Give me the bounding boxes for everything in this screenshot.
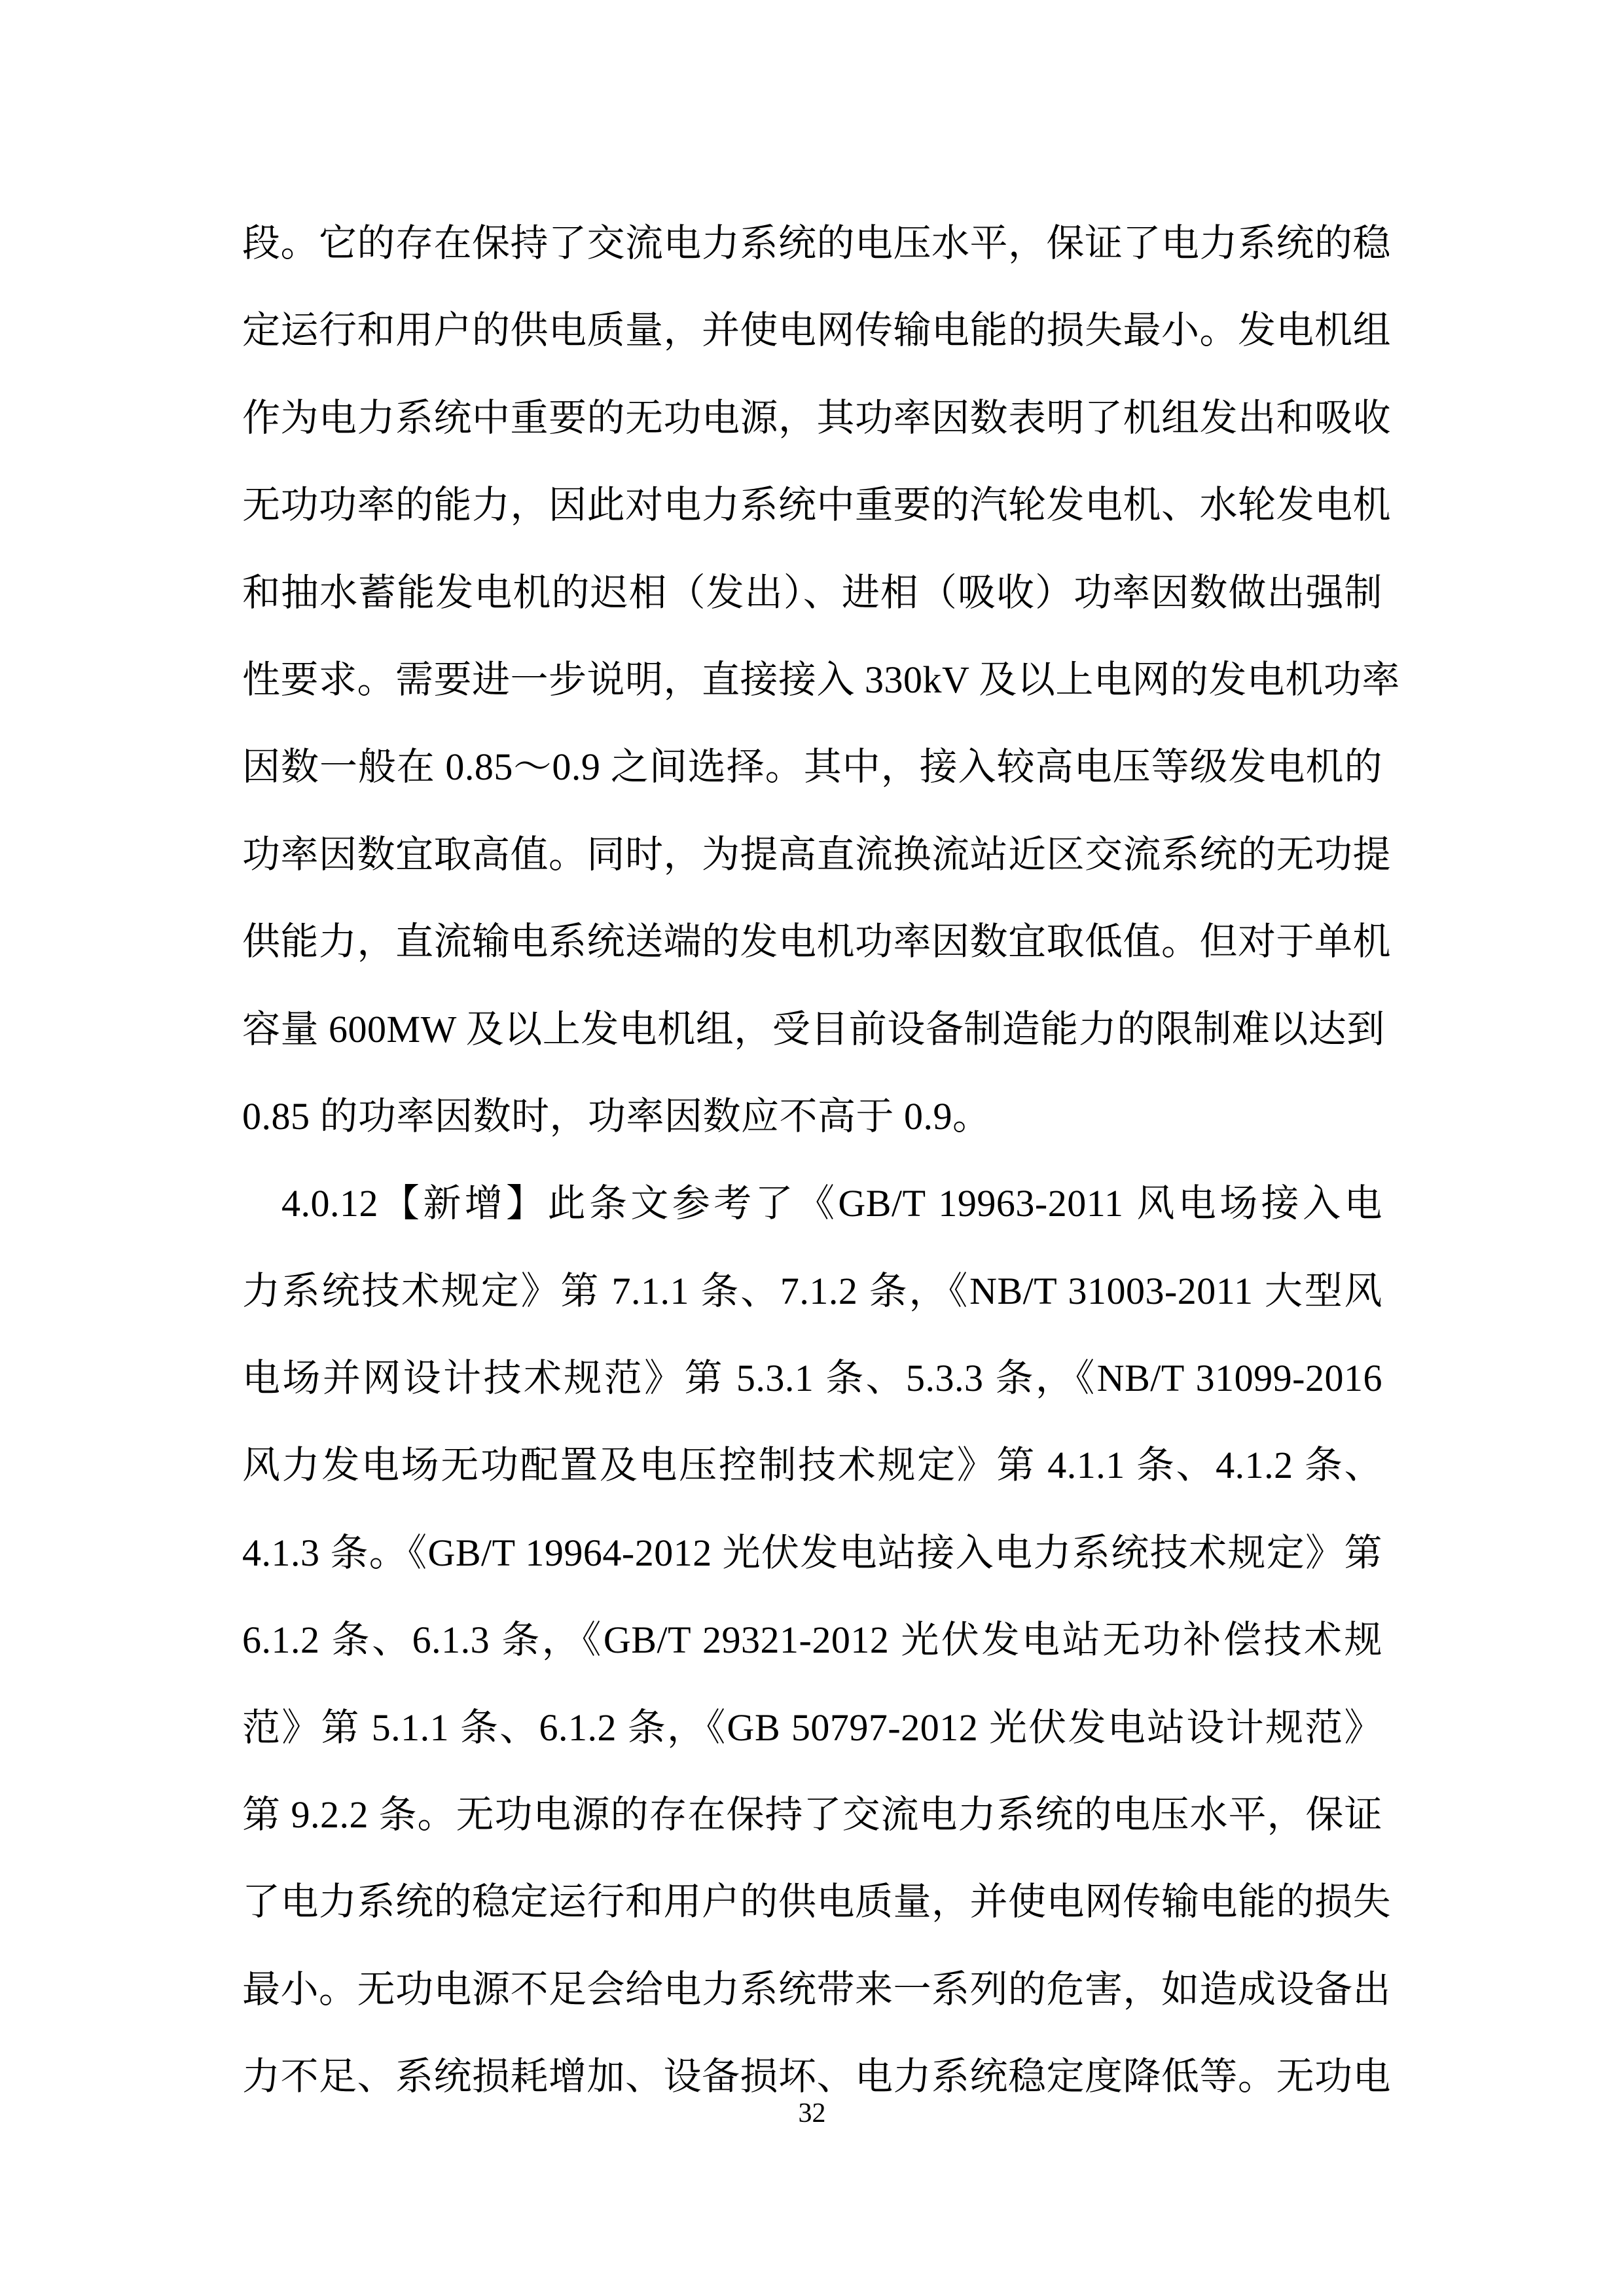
- page-footer: 32: [0, 2100, 1624, 2127]
- text-line: 无功功率的能力，因此对电力系统中重要的汽轮发电机、水轮发电机: [242, 461, 1382, 548]
- document-page: 段。它的存在保持了交流电力系统的电压水平，保证了电力系统的稳 定运行和用户的供电…: [0, 0, 1624, 2296]
- text-line-paragraph-end: 0.85 的功率因数时，功率因数应不高于 0.9。: [242, 1073, 1382, 1160]
- text-line: 了电力系统的稳定运行和用户的供电质量，并使电网传输电能的损失: [242, 1858, 1382, 1945]
- text-line: 电场并网设计技术规范》第 5.3.1 条、5.3.3 条，《NB/T 31099…: [242, 1335, 1382, 1422]
- text-line: 第 9.2.2 条。无功电源的存在保持了交流电力系统的电压水平，保证: [242, 1771, 1382, 1858]
- text-line: 和抽水蓄能发电机的迟相（发出）、进相（吸收）功率因数做出强制: [242, 549, 1382, 636]
- text-line: 风力发电场无功配置及电压控制技术规定》第 4.1.1 条、4.1.2 条、: [242, 1422, 1382, 1509]
- text-line: 作为电力系统中重要的无功电源，其功率因数表明了机组发出和吸收: [242, 374, 1382, 461]
- text-line: 功率因数宜取高值。同时，为提高直流换流站近区交流系统的无功提: [242, 811, 1382, 898]
- text-line: 性要求。需要进一步说明，直接接入 330kV 及以上电网的发电机功率: [242, 636, 1382, 723]
- text-line: 4.1.3 条。《GB/T 19964-2012 光伏发电站接入电力系统技术规定…: [242, 1509, 1382, 1596]
- text-line: 范》第 5.1.1 条、6.1.2 条，《GB 50797-2012 光伏发电站…: [242, 1684, 1382, 1771]
- text-line: 力系统技术规定》第 7.1.1 条、7.1.2 条，《NB/T 31003-20…: [242, 1247, 1382, 1335]
- text-line: 最小。无功电源不足会给电力系统带来一系列的危害，如造成设备出: [242, 1946, 1382, 2033]
- text-line-paragraph-start: 4.0.12【新增】此条文参考了《GB/T 19963-2011 风电场接入电: [242, 1160, 1382, 1247]
- text-line: 段。它的存在保持了交流电力系统的电压水平，保证了电力系统的稳: [242, 200, 1382, 287]
- text-line: 供能力，直流输电系统送端的发电机功率因数宜取低值。但对于单机: [242, 898, 1382, 985]
- text-line: 容量 600MW 及以上发电机组，受目前设备制造能力的限制难以达到: [242, 986, 1382, 1073]
- page-number: 32: [799, 2098, 826, 2128]
- text-line: 定运行和用户的供电质量，并使电网传输电能的损失最小。发电机组: [242, 287, 1382, 374]
- body-text: 段。它的存在保持了交流电力系统的电压水平，保证了电力系统的稳 定运行和用户的供电…: [242, 200, 1382, 2121]
- text-line: 6.1.2 条、6.1.3 条，《GB/T 29321-2012 光伏发电站无功…: [242, 1596, 1382, 1683]
- text-line: 因数一般在 0.85～0.9 之间选择。其中，接入较高电压等级发电机的: [242, 723, 1382, 810]
